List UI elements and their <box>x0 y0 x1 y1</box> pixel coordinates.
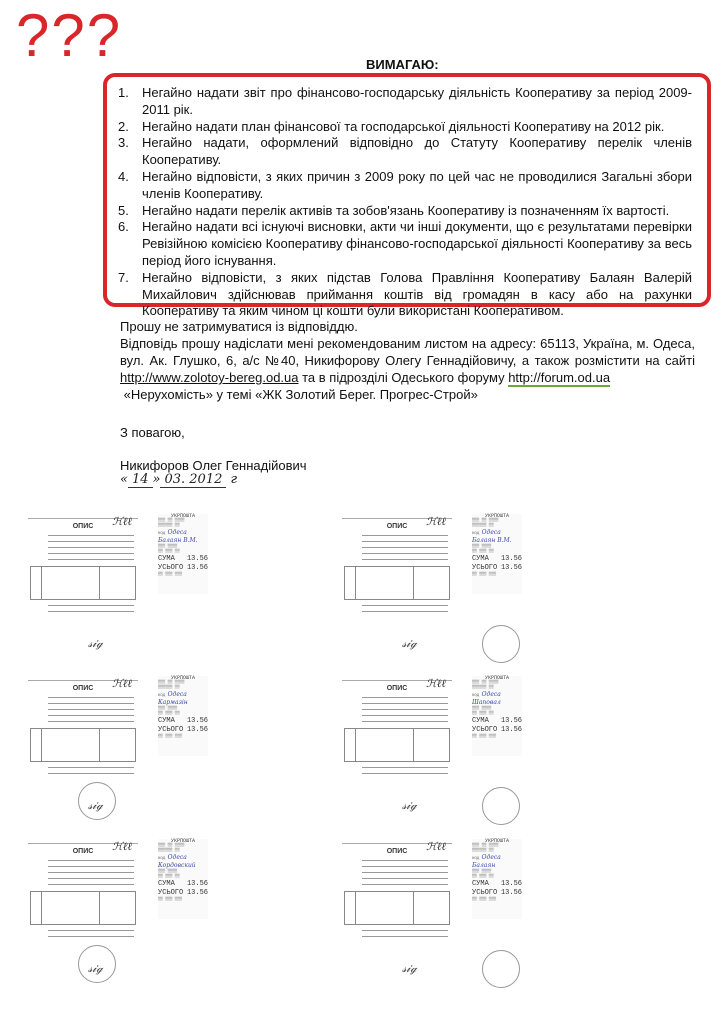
handwritten-signature: ℋℓℓ <box>112 840 132 853</box>
postal-receipt-scan: УКРПОШТА▒▒▒ ▒▒ ▒▒▒▒▒▒▒▒▒▒ ▒▒КОД ОдесаБал… <box>158 514 208 594</box>
inventory-form-scan: ОПИСℋℓℓ𝓈𝒾ℊ <box>342 843 452 984</box>
form-table <box>30 728 136 762</box>
postal-receipt-scan: УКРПОШТА▒▒▒ ▒▒ ▒▒▒▒▒▒▒▒▒▒ ▒▒КОД ОдесаБал… <box>472 514 522 594</box>
postal-receipt-scan: УКРПОШТА▒▒▒ ▒▒ ▒▒▒▒▒▒▒▒▒▒ ▒▒КОД ОдесаКор… <box>158 839 208 919</box>
demand-number: 6. <box>118 219 142 269</box>
reply-instructions: Відповідь прошу надіслати мені рекомендо… <box>120 335 695 403</box>
postal-stamp <box>482 787 520 825</box>
postal-stamp <box>482 950 520 988</box>
postal-stamp <box>78 945 116 983</box>
demand-item: 3.Негайно надати, оформлений відповідно … <box>118 135 692 169</box>
date-month-year: 03. 2012 <box>160 472 226 488</box>
inventory-form-scan: ОПИСℋℓℓ𝓈𝒾ℊ <box>342 680 452 821</box>
form-table <box>344 566 450 600</box>
no-delay-line: Прошу не затримуватися із відповіддю. <box>120 318 695 335</box>
request-body: Прошу не затримуватися із відповіддю. Ві… <box>120 318 695 403</box>
forum-link[interactable]: http://forum.od.ua <box>508 370 610 387</box>
demand-item: 7.Негайно відповісти, з яких підстав Гол… <box>118 270 692 320</box>
demand-text: Негайно надати план фінансової та господ… <box>142 119 692 136</box>
handwritten-signature: ℋℓℓ <box>426 515 446 528</box>
question-marks: ??? <box>16 6 122 66</box>
handwritten-signature: ℋℓℓ <box>112 677 132 690</box>
handwritten-signature: ℋℓℓ <box>426 677 446 690</box>
form-table <box>30 566 136 600</box>
demand-number: 2. <box>118 119 142 136</box>
inventory-form-scan: ОПИСℋℓℓ𝓈𝒾ℊ <box>342 518 452 659</box>
demand-item: 6.Негайно надати всі існуючі висновки, а… <box>118 219 692 269</box>
demand-number: 5. <box>118 203 142 220</box>
handwritten-signature: 𝓈𝒾ℊ <box>402 636 417 651</box>
signature-date: «14»03. 2012 г <box>120 472 237 487</box>
postal-stamp <box>78 782 116 820</box>
demand-text: Негайно відповісти, з яких причин з 2009… <box>142 169 692 203</box>
postal-receipt-scan: УКРПОШТА▒▒▒ ▒▒ ▒▒▒▒▒▒▒▒▒▒ ▒▒КОД ОдесаКар… <box>158 676 208 756</box>
forum-topic: «Нерухомість» у темі «ЖК Золотий Берег. … <box>124 387 478 402</box>
demand-item: 4.Негайно відповісти, з яких причин з 20… <box>118 169 692 203</box>
postal-receipt-scan: УКРПОШТА▒▒▒ ▒▒ ▒▒▒▒▒▒▒▒▒▒ ▒▒КОД ОдесаБал… <box>472 839 522 919</box>
demand-text: Негайно надати, оформлений відповідно до… <box>142 135 692 169</box>
inventory-form-scan: ОПИСℋℓℓ𝓈𝒾ℊ <box>28 518 138 659</box>
demand-item: 2.Негайно надати план фінансової та госп… <box>118 119 692 136</box>
demand-item: 1.Негайно надати звіт про фінансово-госп… <box>118 85 692 119</box>
postal-stamp <box>482 625 520 663</box>
demand-text: Негайно надати всі існуючі висновки, акт… <box>142 219 692 269</box>
demand-number: 7. <box>118 270 142 320</box>
handwritten-signature: ℋℓℓ <box>426 840 446 853</box>
demand-text: Негайно відповісти, з яких підстав Голов… <box>142 270 692 320</box>
demand-number: 3. <box>118 135 142 169</box>
demand-item: 5.Негайно надати перелік активів та зобо… <box>118 203 692 220</box>
demand-number: 1. <box>118 85 142 119</box>
signer-name: Никифоров Олег Геннадійович <box>120 458 307 473</box>
site-link[interactable]: http://www.zolotoy-bereg.od.ua <box>120 370 299 385</box>
postal-receipt-scan: УКРПОШТА▒▒▒ ▒▒ ▒▒▒▒▒▒▒▒▒▒ ▒▒КОД ОдесаШап… <box>472 676 522 756</box>
form-table <box>30 891 136 925</box>
handwritten-signature: 𝓈𝒾ℊ <box>402 961 417 976</box>
demand-text: Негайно надати перелік активів та зобов'… <box>142 203 692 220</box>
demand-number: 4. <box>118 169 142 203</box>
handwritten-signature: 𝓈𝒾ℊ <box>402 798 417 813</box>
form-table <box>344 728 450 762</box>
demand-text: Негайно надати звіт про фінансово-господ… <box>142 85 692 119</box>
demand-title: ВИМАГАЮ: <box>366 57 439 72</box>
demands-list: 1.Негайно надати звіт про фінансово-госп… <box>118 85 692 320</box>
regards-line: З повагою, <box>120 425 185 440</box>
handwritten-signature: 𝓈𝒾ℊ <box>88 636 103 651</box>
form-table <box>344 891 450 925</box>
handwritten-signature: ℋℓℓ <box>112 515 132 528</box>
date-day: 14 <box>128 472 153 488</box>
